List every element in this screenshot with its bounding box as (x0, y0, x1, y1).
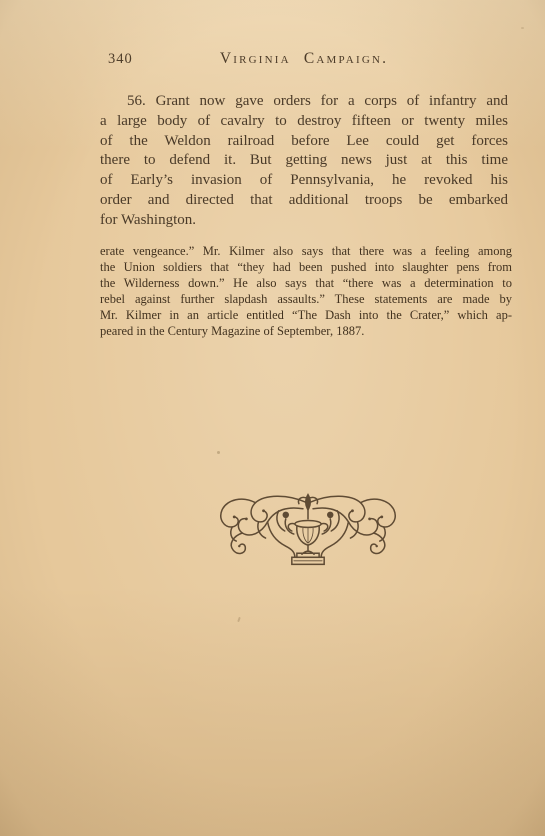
paragraph-line: of Early’s invasion of Pennsylvania, he … (100, 171, 508, 191)
main-paragraph: 56. Grant now gave orders for a corps of… (100, 92, 508, 231)
footnote-line: erate vengeance.” Mr. Kilmer also says t… (100, 243, 512, 259)
scan-speck (237, 617, 241, 622)
paragraph-line: for Washington. (100, 211, 508, 231)
scan-speck (217, 451, 220, 454)
paragraph-line: there to defend it. But getting news jus… (100, 151, 508, 171)
paragraph-line: a large body of cavalry to destroy fifte… (100, 112, 508, 132)
ornament-engraving-icon (212, 490, 404, 572)
footnote-line: the Wilderness down.” He also says that … (100, 275, 512, 291)
book-page: 340 Virginia Campaign. 56. Grant now gav… (0, 0, 545, 836)
footnote-line: peared in the Century Magazine of Septem… (100, 323, 512, 339)
paragraph-line: order and directed that additional troop… (100, 191, 508, 211)
running-title: Virginia Campaign. (100, 50, 508, 68)
paragraph-line: 56. Grant now gave orders for a corps of… (100, 92, 508, 112)
footnote-line: Mr. Kilmer in an article entitled “The D… (100, 307, 512, 323)
footnote: erate vengeance.” Mr. Kilmer also says t… (100, 243, 512, 339)
paragraph-line: of the Weldon railroad before Lee could … (100, 132, 508, 152)
page-number: 340 (108, 51, 133, 68)
tailpiece-ornament (212, 490, 404, 572)
scan-speck (521, 27, 524, 29)
footnote-line: rebel against further slapdash assaults.… (100, 291, 512, 307)
footnote-line: the Union soldiers that “they had been p… (100, 259, 512, 275)
page-header: 340 Virginia Campaign. (100, 50, 508, 70)
